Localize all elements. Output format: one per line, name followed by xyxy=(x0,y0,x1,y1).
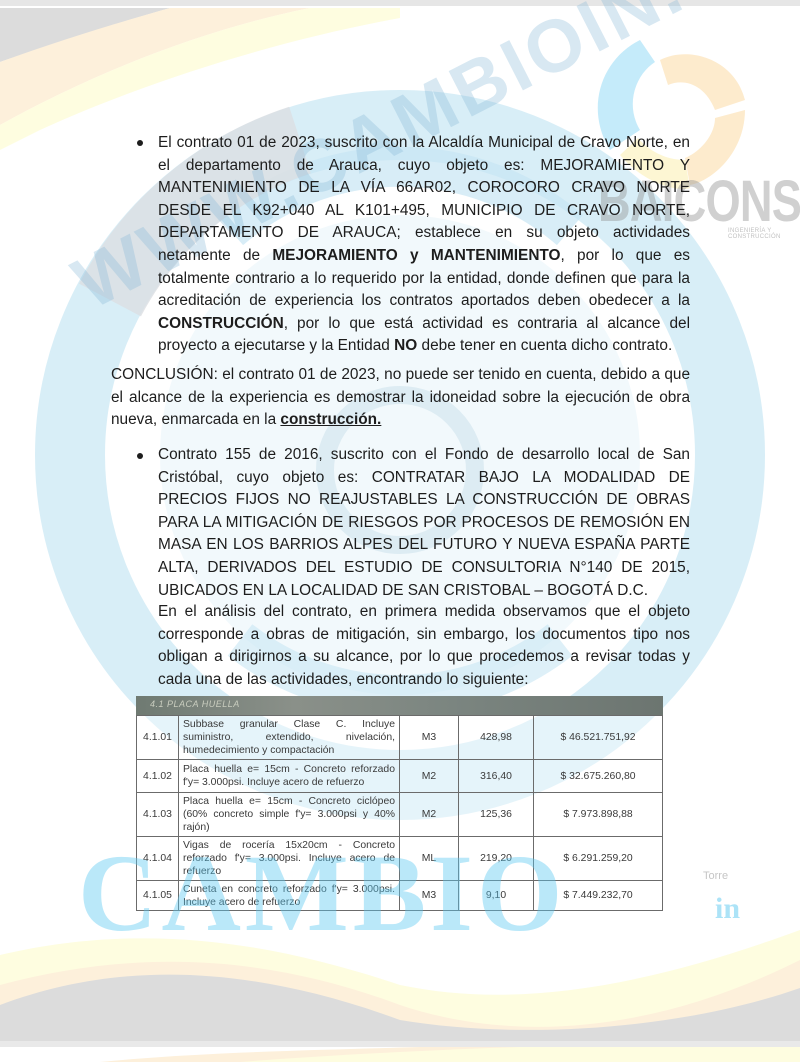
top-page-border xyxy=(0,0,800,6)
cell-value: $ 6.291.259,20 xyxy=(534,837,663,881)
cell-quantity: 428,98 xyxy=(459,716,534,760)
cell-value: $ 32.675.260,80 xyxy=(534,760,663,793)
cell-description: Vigas de rocería 15x20cm - Concreto refo… xyxy=(179,837,400,881)
bullet-icon xyxy=(137,453,143,459)
cell-quantity: 219,20 xyxy=(459,837,534,881)
cell-quantity: 125,36 xyxy=(459,793,534,837)
cell-value: $ 46.521.751,92 xyxy=(534,716,663,760)
cell-code: 4.1.01 xyxy=(137,716,179,760)
contract-155-2016-paragraph: Contrato 155 de 2016, suscrito con el Fo… xyxy=(158,444,690,602)
cell-unit: M2 xyxy=(400,760,459,793)
contract-01-2023-paragraph: El contrato 01 de 2023, suscrito con la … xyxy=(158,132,690,358)
cell-description: Cuneta en concreto reforzado f'y= 3.000p… xyxy=(179,881,400,911)
bold-mejoramiento: MEJORAMIENTO y MANTENIMIENTO xyxy=(272,247,560,264)
table-section-header: 4.1 PLACA HUELLA xyxy=(136,696,663,715)
cell-value: $ 7.449.232,70 xyxy=(534,881,663,911)
conclusion-paragraph: CONCLUSIÓN: el contrato 01 de 2023, no p… xyxy=(111,364,690,432)
activities-table: 4.1.01Subbase granular Clase C. Incluye … xyxy=(136,715,663,911)
underlined-construccion: construcción. xyxy=(280,411,381,428)
cell-code: 4.1.03 xyxy=(137,793,179,837)
cell-quantity: 9,10 xyxy=(459,881,534,911)
cell-unit: M2 xyxy=(400,793,459,837)
table-row: 4.1.05Cuneta en concreto reforzado f'y= … xyxy=(137,881,663,911)
analysis-paragraph: En el análisis del contrato, en primera … xyxy=(158,601,690,691)
bottom-page-border xyxy=(0,1041,800,1047)
table-row: 4.1.04Vigas de rocería 15x20cm - Concret… xyxy=(137,837,663,881)
bold-no: NO xyxy=(394,337,417,354)
table-row: 4.1.02Placa huella e= 15cm - Concreto re… xyxy=(137,760,663,793)
cell-unit: ML xyxy=(400,837,459,881)
bullet-icon xyxy=(137,140,143,146)
cell-description: Placa huella e= 15cm - Concreto reforzad… xyxy=(179,760,400,793)
table-row: 4.1.03Placa huella e= 15cm - Concreto ci… xyxy=(137,793,663,837)
cell-code: 4.1.05 xyxy=(137,881,179,911)
cell-value: $ 7.973.898,88 xyxy=(534,793,663,837)
cell-description: Placa huella e= 15cm - Concreto ciclópeo… xyxy=(179,793,400,837)
bold-construccion: CONSTRUCCIÓN xyxy=(158,315,284,332)
cell-quantity: 316,40 xyxy=(459,760,534,793)
cell-unit: M3 xyxy=(400,716,459,760)
table-row: 4.1.01Subbase granular Clase C. Incluye … xyxy=(137,716,663,760)
cell-code: 4.1.04 xyxy=(137,837,179,881)
activities-table-image: 4.1 PLACA HUELLA 4.1.01Subbase granular … xyxy=(136,696,663,913)
cell-code: 4.1.02 xyxy=(137,760,179,793)
cell-description: Subbase granular Clase C. Incluye sumini… xyxy=(179,716,400,760)
cell-unit: M3 xyxy=(400,881,459,911)
